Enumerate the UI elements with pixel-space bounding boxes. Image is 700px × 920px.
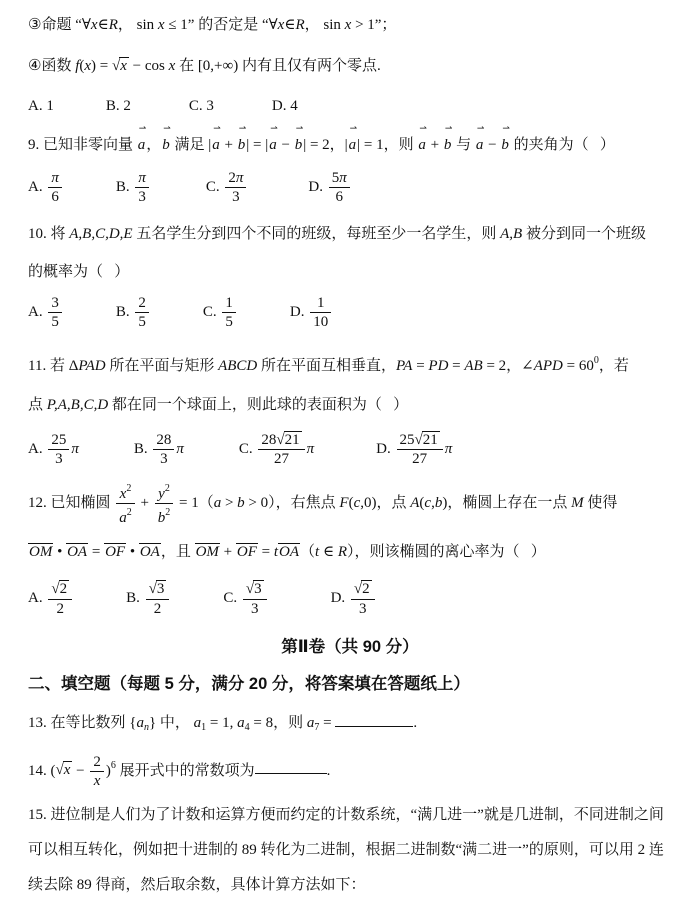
math-variable: x xyxy=(120,58,127,74)
text-run: D. 4 xyxy=(272,98,298,114)
text-run: ) = xyxy=(91,58,112,74)
text-run: 12. 已知椭圆 xyxy=(28,495,114,511)
math-variable: π xyxy=(51,170,59,186)
vector-with-arrow: ⇀a xyxy=(418,134,426,157)
math-variable: APD xyxy=(534,358,563,374)
text-run: 21 xyxy=(285,432,300,448)
math-variable: x xyxy=(94,773,101,789)
spacer xyxy=(79,452,134,453)
text-run: D. xyxy=(376,441,394,457)
text-run: = xyxy=(412,358,428,374)
text-run: 五名学生分到四个不同的班级，每班至少一名学生，则 xyxy=(133,226,501,242)
math-variable: x xyxy=(158,17,165,33)
text-run: 14. ( xyxy=(28,762,56,778)
radical-expression: √2 xyxy=(354,580,372,598)
vector-with-arrow: ⇀b xyxy=(162,134,170,157)
question-9: 9. 已知非零向量 ⇀a，⇀b 满足 |⇀a + ⇀b| = |⇀a − ⇀b|… xyxy=(28,134,672,157)
text-run: − xyxy=(278,137,294,153)
fraction: √23 xyxy=(349,580,377,617)
spacer xyxy=(151,315,203,316)
answer-blank xyxy=(255,760,327,774)
text-run: + xyxy=(220,544,236,560)
vector-with-arrow: ⇀a xyxy=(212,134,220,157)
text-run: 3 xyxy=(138,189,146,205)
text-run: B. xyxy=(126,590,144,606)
question-13: 13. 在等比数列 {an} 中， a1 = 1, a4 = 8，则 a7 = … xyxy=(28,712,672,739)
question-15-line-2: 可以相互转化，例如把十进制的 89 转化为二进制，根据二进制数“满二进一”的原则… xyxy=(28,839,672,862)
spacer xyxy=(64,315,116,316)
text-run: C. xyxy=(203,304,221,320)
text-run: + xyxy=(427,137,443,153)
spacer xyxy=(184,452,239,453)
text-run: > 0），右焦点 xyxy=(245,495,340,511)
text-run: 可以相互转化，例如把十进制的 89 转化为二进制，根据二进制数“满二进一”的原则… xyxy=(28,842,664,858)
math-variable: π xyxy=(138,170,146,186)
text-run: A. xyxy=(28,441,46,457)
vector-overline: OA xyxy=(66,543,88,561)
text-run: 3 xyxy=(157,581,165,597)
text-run: 的夹角为（ ） xyxy=(510,137,615,153)
math-variable: R xyxy=(338,544,347,560)
text-run: （ xyxy=(300,544,315,560)
question-14: 14. (√x − 2x)6 展开式中的常数项为. xyxy=(28,753,672,790)
superscript: 2 xyxy=(127,507,132,518)
text-run: 5 xyxy=(51,314,59,330)
text-run: = xyxy=(319,715,335,731)
radical-expression: √2 xyxy=(51,580,69,598)
fill-in-blanks-header: 二、填空题（每题 5 分，满分 20 分，将答案填在答题纸上） xyxy=(28,673,672,696)
text-run: 都在同一个球面上，则此球的表面积为（ ） xyxy=(108,397,408,413)
text-run: 2 xyxy=(56,601,64,617)
text-run: ，若 xyxy=(599,358,629,374)
text-run: ， sin xyxy=(305,17,345,33)
math-variable: PA xyxy=(396,358,412,374)
math-variable: π xyxy=(71,441,79,457)
exam-document: ③命题 “∀x∈R， sin x ≤ 1” 的否定是 “∀x∈R， sin x … xyxy=(0,0,700,920)
spacer xyxy=(171,601,223,602)
fraction: 28√2127 xyxy=(256,431,306,468)
text-run: C. xyxy=(239,441,257,457)
math-variable: A,B,C,D,E xyxy=(69,226,132,242)
math-variable: π xyxy=(176,441,184,457)
math-variable: PD xyxy=(428,358,448,374)
math-variable: b xyxy=(237,495,245,511)
math-variable: π xyxy=(339,170,347,186)
math-variable: PAD xyxy=(78,358,105,374)
text-run: 点 xyxy=(28,397,47,413)
spacer xyxy=(151,190,206,191)
text-run: 3 xyxy=(160,451,168,467)
math-variable: π xyxy=(236,170,244,186)
text-run: ，且 xyxy=(161,544,195,560)
text-run: A. 1 xyxy=(28,98,54,114)
text-run: 2 xyxy=(165,507,170,518)
fraction: 5π6 xyxy=(327,169,352,206)
text-run: A. xyxy=(28,590,46,606)
question-12-line-1: 12. 已知椭圆 x2a2 + y2b2 = 1（a > b > 0），右焦点 … xyxy=(28,480,672,527)
vector-with-arrow: ⇀b xyxy=(295,134,303,157)
text-run: B. 2 xyxy=(106,98,131,114)
text-run: 10. 将 xyxy=(28,226,69,242)
text-run: 2 xyxy=(228,170,236,186)
text-run: 2 xyxy=(362,581,370,597)
text-run: 11. 若 Δ xyxy=(28,358,78,374)
text-run: ③命题 “∀ xyxy=(28,17,91,33)
text-run: 6 xyxy=(51,189,59,205)
text-run: 1 xyxy=(317,295,325,311)
text-run: 满足 | xyxy=(171,137,212,153)
radical-expression: √3 xyxy=(149,580,167,598)
text-run: D. xyxy=(290,304,308,320)
text-run: 2 xyxy=(93,754,101,770)
text-run: 2 xyxy=(60,581,68,597)
proposition-question-options: A. 1B. 2C. 3D. 4 xyxy=(28,95,672,118)
text-run: 5 xyxy=(225,314,233,330)
vector-with-arrow: ⇀a xyxy=(269,134,277,157)
spacer xyxy=(269,601,331,602)
vector-overline: OF xyxy=(104,543,126,561)
text-run: ,0)，点 xyxy=(360,495,410,511)
math-variable: y xyxy=(158,486,165,502)
spacer xyxy=(248,190,308,191)
question-9-options: A. π6B. π3C. 2π3D. 5π6 xyxy=(28,169,672,206)
math-variable: OM xyxy=(29,544,52,560)
fraction: 25 xyxy=(133,294,151,331)
question-12-options: A. √22B. √32C. √33D. √23 xyxy=(28,580,672,617)
vector-overline: OA xyxy=(139,543,161,561)
math-variable: A,B xyxy=(500,226,522,242)
text-run: D. xyxy=(331,590,349,606)
math-variable: x xyxy=(64,762,71,778)
text-run: = xyxy=(88,544,104,560)
text-run: 2 xyxy=(138,295,146,311)
text-run: ≤ 1” 的否定是 “∀ xyxy=(165,17,278,33)
text-run: 1 xyxy=(225,295,233,311)
vector-with-arrow: ⇀a xyxy=(349,134,357,157)
text-run: = 2，∠ xyxy=(483,358,534,374)
vector-overline: OM xyxy=(195,543,220,561)
radical-expression: √x xyxy=(56,759,73,782)
text-run: 10 xyxy=(313,314,328,330)
text-run: 25 xyxy=(51,432,66,448)
radical-expression: √x xyxy=(112,55,129,78)
math-variable: OF xyxy=(105,544,125,560)
fraction: y2b2 xyxy=(153,480,176,527)
vector-overline: OF xyxy=(236,543,258,561)
text-run: = xyxy=(258,544,274,560)
text-run: ∈ xyxy=(98,17,109,33)
question-11-options: A. 253πB. 283πC. 28√2127πD. 25√2127π xyxy=(28,431,672,468)
question-12-line-2: OM • OA = OF • OA，且 OM + OF = tOA（t ∈ R）… xyxy=(28,541,672,564)
text-run: 所在平面与矩形 xyxy=(106,358,219,374)
text-run: ），则该椭圆的离心率为（ ） xyxy=(347,544,546,560)
question-15-line-1: 15. 进位制是人们为了计数和运算方便而约定的计数系统，“满几进一”就是几进制，… xyxy=(28,804,672,827)
spacer xyxy=(238,315,290,316)
math-variable: a xyxy=(237,715,245,731)
question-10-line-1: 10. 将 A,B,C,D,E 五名学生分到四个不同的班级，每班至少一名学生，则… xyxy=(28,223,672,246)
spacer xyxy=(214,109,272,110)
text-run: 的概率为（ ） xyxy=(28,264,129,280)
math-variable: R xyxy=(295,17,304,33)
math-variable: a xyxy=(119,510,127,526)
math-variable: OA xyxy=(279,544,299,560)
text-run: . xyxy=(327,762,331,778)
fraction: π6 xyxy=(46,169,64,206)
vector-with-arrow: ⇀a xyxy=(476,134,484,157)
fraction: 2π3 xyxy=(223,169,248,206)
fraction: 35 xyxy=(46,294,64,331)
fraction: 253 xyxy=(46,431,71,468)
fraction: √22 xyxy=(46,580,74,617)
text-run: = 60 xyxy=(563,358,594,374)
text-run: 3 xyxy=(51,295,59,311)
math-variable: x xyxy=(91,17,98,33)
text-run: 2 xyxy=(165,483,170,494)
text-run: = 1（ xyxy=(175,495,213,511)
text-run: ∈ xyxy=(284,17,295,33)
radical-expression: √21 xyxy=(276,431,301,449)
vector-overline: OA xyxy=(278,543,300,561)
fraction: 283 xyxy=(151,431,176,468)
text-run: 2 xyxy=(126,483,131,494)
text-run: A. xyxy=(28,179,46,195)
fraction: 25√2127 xyxy=(395,431,445,468)
text-run: • xyxy=(126,544,139,560)
answer-blank xyxy=(335,713,413,727)
math-variable: π xyxy=(307,441,315,457)
fraction: √33 xyxy=(241,580,269,617)
text-run: 3 xyxy=(254,581,262,597)
text-run: − xyxy=(484,137,500,153)
text-run: = 8，则 xyxy=(250,715,307,731)
text-run: 25 xyxy=(400,432,415,448)
radical-expression: √3 xyxy=(246,580,264,598)
vector-overline: OM xyxy=(28,543,53,561)
text-run: + xyxy=(221,137,237,153)
math-variable: π xyxy=(445,441,453,457)
fraction: √32 xyxy=(144,580,172,617)
text-run: 13. 在等比数列 { xyxy=(28,715,136,731)
superscript: 2 xyxy=(165,483,170,494)
spacer xyxy=(131,109,189,110)
text-run: = xyxy=(448,358,464,374)
text-run: > 1”； xyxy=(351,17,396,33)
section-2-header: 第Ⅱ卷（共 90 分） xyxy=(28,636,672,659)
text-run: − cos xyxy=(129,58,169,74)
spacer xyxy=(64,190,116,191)
fraction: 2x xyxy=(88,753,106,790)
math-variable: OA xyxy=(67,544,87,560)
text-run: B. xyxy=(116,179,134,195)
question-10-options: A. 35B. 25C. 15D. 110 xyxy=(28,294,672,331)
text-run: C. 3 xyxy=(189,98,214,114)
text-run: ， xyxy=(146,137,161,153)
text-run: 9. 已知非零向量 xyxy=(28,137,137,153)
text-run: ∈ xyxy=(319,544,338,560)
text-run: | = 1，则 xyxy=(357,137,417,153)
math-variable: AB xyxy=(464,358,482,374)
math-variable: P,A,B,C,D xyxy=(47,397,108,413)
vector-with-arrow: ⇀b xyxy=(238,134,246,157)
spacer xyxy=(74,601,126,602)
text-run: 15. 进位制是人们为了计数和运算方便而约定的计数系统，“满几进一”就是几进制，… xyxy=(28,807,664,823)
superscript: 2 xyxy=(126,483,131,494)
text-run: 28 xyxy=(156,432,171,448)
text-run: 展开式中的常数项为 xyxy=(116,762,255,778)
question-10-line-2: 的概率为（ ） xyxy=(28,261,672,284)
text-run: 5 xyxy=(138,314,146,330)
text-run: 续去除 89 得商，然后取余数，具体计算方法如下： xyxy=(28,877,366,893)
text-run: 21 xyxy=(423,432,438,448)
text-run: 6 xyxy=(336,189,344,205)
text-run: } 中， xyxy=(149,715,194,731)
text-run: 所在平面互相垂直， xyxy=(257,358,396,374)
text-run: 28 xyxy=(261,432,276,448)
text-run: 27 xyxy=(412,451,427,467)
text-run: ④函数 xyxy=(28,58,75,74)
math-variable: a xyxy=(136,715,144,731)
text-run: )，椭圆上存在一点 xyxy=(442,495,571,511)
text-run: A. xyxy=(28,304,46,320)
text-run: | = 2，| xyxy=(303,137,347,153)
text-run: 2 xyxy=(154,601,162,617)
text-run: > xyxy=(221,495,237,511)
fraction: x2a2 xyxy=(114,480,137,527)
text-run: 27 xyxy=(274,451,289,467)
question-11-line-1: 11. 若 ΔPAD 所在平面与矩形 ABCD 所在平面互相垂直，PA = PD… xyxy=(28,349,672,378)
text-run: 使得 xyxy=(584,495,618,511)
math-variable: R xyxy=(109,17,118,33)
text-run: + xyxy=(137,495,153,511)
text-run: | = | xyxy=(246,137,268,153)
text-run: 与 xyxy=(452,137,475,153)
text-run: 3 xyxy=(232,189,240,205)
math-variable: OM xyxy=(196,544,219,560)
exam-text-lines: ③命题 “∀x∈R， sin x ≤ 1” 的否定是 “∀x∈R， sin x … xyxy=(28,14,672,897)
text-run: 3 xyxy=(359,601,367,617)
text-run: . xyxy=(413,715,417,731)
math-variable: OA xyxy=(140,544,160,560)
fraction: 110 xyxy=(308,294,333,331)
text-run: 3 xyxy=(55,451,63,467)
text-run: 3 xyxy=(251,601,259,617)
text-run: 在 [0,+∞) 内有且仅有两个零点. xyxy=(175,58,380,74)
text-run: C. xyxy=(223,590,241,606)
text-run: B. xyxy=(116,304,134,320)
text-run: 第Ⅱ卷（共 90 分） xyxy=(281,638,418,656)
question-15-line-3: 续去除 89 得商，然后取余数，具体计算方法如下： xyxy=(28,874,672,897)
text-run: − xyxy=(72,762,88,778)
text-run: 被分到同一个班级 xyxy=(522,226,646,242)
vector-with-arrow: ⇀a xyxy=(138,134,146,157)
text-run: 2 xyxy=(127,507,132,518)
proposition-statement-4: ④函数 f(x) = √x − cos x 在 [0,+∞) 内有且仅有两个零点… xyxy=(28,55,672,78)
fraction: π3 xyxy=(133,169,151,206)
text-run: ， sin xyxy=(118,17,158,33)
math-variable: OF xyxy=(237,544,257,560)
text-run: = 1, xyxy=(206,715,237,731)
text-run: B. xyxy=(134,441,152,457)
spacer xyxy=(314,452,376,453)
text-run: 二、填空题（每题 5 分，满分 20 分，将答案填在答题纸上） xyxy=(28,675,470,693)
radical-expression: √21 xyxy=(415,431,440,449)
text-run: D. xyxy=(308,179,326,195)
vector-with-arrow: ⇀b xyxy=(444,134,452,157)
text-run: • xyxy=(53,544,66,560)
spacer xyxy=(54,109,106,110)
text-run: C. xyxy=(206,179,224,195)
superscript: 2 xyxy=(165,507,170,518)
math-variable: ABCD xyxy=(218,358,257,374)
question-11-line-2: 点 P,A,B,C,D 都在同一个球面上，则此球的表面积为（ ） xyxy=(28,394,672,417)
vector-with-arrow: ⇀b xyxy=(501,134,509,157)
proposition-statement-3: ③命题 “∀x∈R， sin x ≤ 1” 的否定是 “∀x∈R， sin x … xyxy=(28,14,672,37)
math-variable: F xyxy=(339,495,348,511)
math-variable: M xyxy=(571,495,584,511)
fraction: 15 xyxy=(220,294,238,331)
